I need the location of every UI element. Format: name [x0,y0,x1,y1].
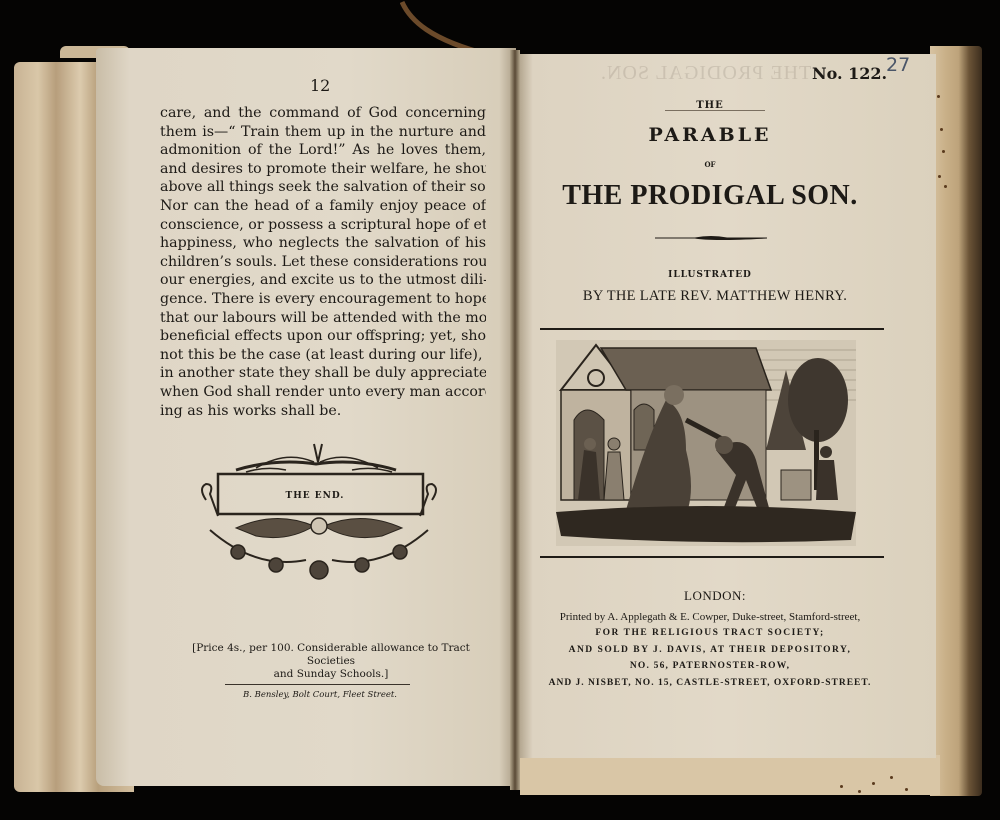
title-of: OF [690,160,730,169]
foxing-spot [937,95,940,98]
price-note-line: [Price 4s., per 100. Considerable allowa… [176,642,486,668]
tract-number: No. 122. [812,64,887,83]
text-line: when God shall render unto every man acc… [160,383,486,402]
foxing-spot [942,150,945,153]
foxing-spot [905,788,908,791]
text-line: happiness, who neglects the salvation of… [160,234,486,253]
foxing-spot [890,776,893,779]
the-end-ornament [196,440,442,590]
foxing-spot [840,785,843,788]
handwritten-number: 27 [886,54,910,76]
imprint-line: AND J. NISBET, NO. 15, CASTLE-STREET, OX… [530,678,890,688]
text-line: beneficial effects upon our offspring; y… [160,327,486,346]
text-line: that our labours will be attended with t… [160,309,486,328]
foxing-spot [872,782,875,785]
page-number: 12 [310,76,330,95]
book-gutter [510,50,520,790]
imprint-line: AND SOLD BY J. DAVIS, AT THEIR DEPOSITOR… [530,645,890,655]
text-line: above all things seek the salvation of t… [160,178,486,197]
right-page-edges [930,46,982,796]
title-parable: PARABLE [600,124,820,146]
text-line: conscience, or possess a scriptural hope… [160,216,486,235]
text-line: not this be the case (at least during ou… [160,346,486,365]
the-end-label: THE END. [260,491,370,501]
imprint-line: Printed by A. Applegath & E. Cowper, Duk… [530,611,890,623]
foxing-spot [940,128,943,131]
foxing-spot [944,185,947,188]
text-line: care, and the command of God concerning [160,104,486,123]
imprint-line: FOR THE RELIGIOUS TRACT SOCIETY; [530,628,890,638]
price-note: [Price 4s., per 100. Considerable allowa… [176,642,486,681]
text-line: ing as his works shall be. [160,402,486,421]
title-the: THE [660,100,760,111]
foxing-spot [858,790,861,793]
engraving-top-rule [540,328,884,330]
ornamental-rule [655,235,767,241]
text-line: and desires to promote their welfare, he… [160,160,486,179]
text-line: Nor can the head of a family enjoy peace… [160,197,486,216]
text-line: in another state they shall be duly appr… [160,364,486,383]
printer-credit: B. Bensley, Bolt Court, Fleet Street. [230,690,410,700]
text-line: admonition of the Lord!” As he loves the… [160,141,486,160]
author-byline: BY THE LATE REV. MATTHEW HENRY. [560,288,870,305]
main-title: THE PRODIGAL SON. [560,180,860,212]
body-text: care, and the command of God concerning … [160,104,486,420]
price-note-line: and Sunday Schools.] [176,668,486,681]
illustrated-label: ILLUSTRATED [640,270,780,280]
text-line: gence. There is every encouragement to h… [160,290,486,309]
engraving-bottom-rule [540,556,884,558]
right-page-bottom-edge [520,755,940,795]
text-line: them is—“ Train them up in the nurture a… [160,123,486,142]
imprint-city: LONDON: [660,588,770,604]
text-line: our energies, and excite us to the utmos… [160,271,486,290]
foxing-spot [938,175,941,178]
text-line: children’s souls. Let these consideratio… [160,253,486,272]
imprint-line: NO. 56, PATERNOSTER-ROW, [530,661,890,671]
show-through-title: THE PRODIGAL SON. [600,62,811,85]
woodcut-engraving [556,340,856,546]
printer-rule [225,684,410,685]
